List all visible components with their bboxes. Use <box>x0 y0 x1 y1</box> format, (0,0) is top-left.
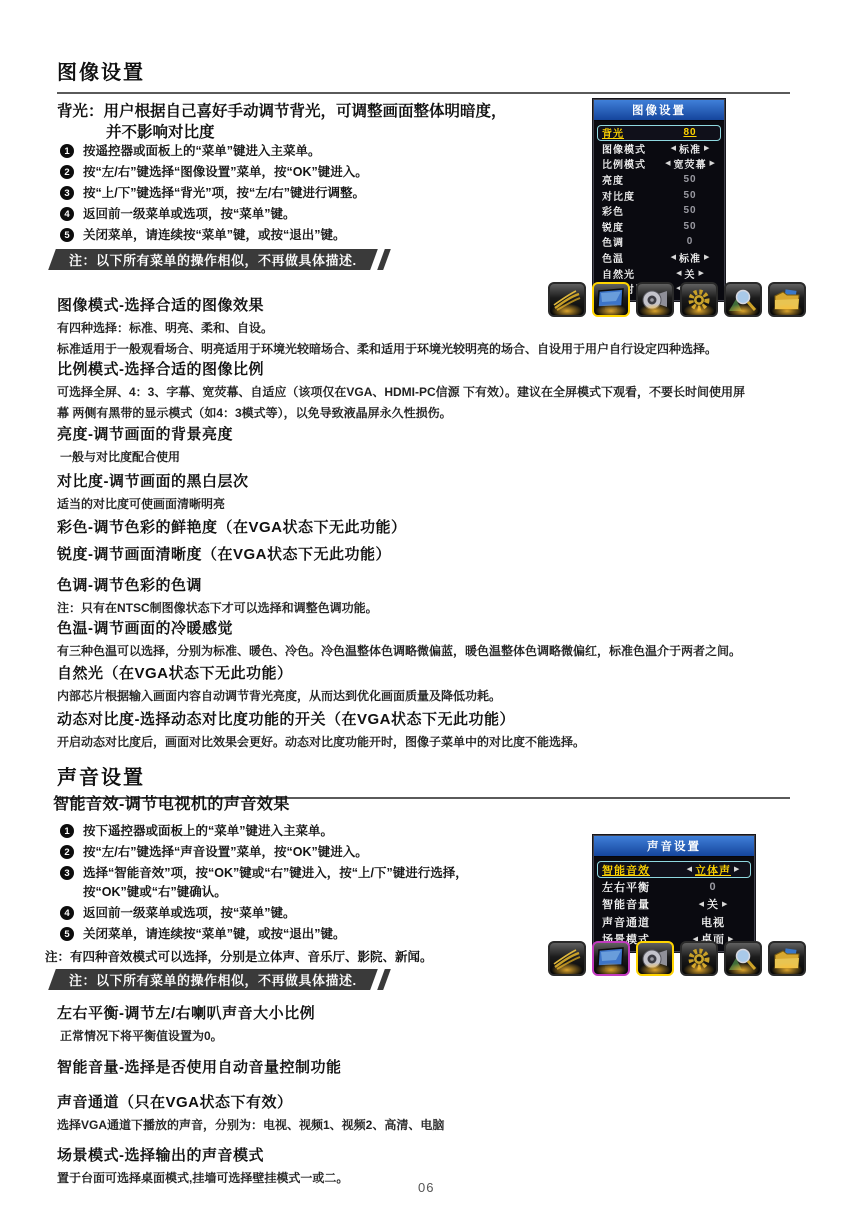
osd-row-smart-sound: 智能音效◀立体声▶ <box>597 861 751 878</box>
section-body: 注：只有在NTSC制图像状态下才可以选择和调整色调功能。 <box>57 601 378 616</box>
intro-line2: 并不影响对比度 <box>106 122 507 143</box>
section-heading: 彩色-调节色彩的鲜艳度（在VGA状态下无此功能） <box>57 516 407 537</box>
picture-steps: 1按遥控器或面板上的“菜单”键进入主菜单。 2按“左/右”键选择“图像设置”菜单… <box>60 144 368 243</box>
step-text-line2: 按“OK”键或“右”键确认。 <box>83 885 468 900</box>
manual-page: 图像设置 背光：用户根据自己喜好手动调节背光，可调整画面整体明暗度， 并不影响对… <box>0 0 852 1231</box>
arrow-left-icon: ◀ <box>676 270 681 277</box>
section-body: 一般与对比度配合使用 <box>60 450 233 465</box>
step-number-badge: 4 <box>60 906 74 920</box>
step-text-line1: 选择“智能音效”项，按“OK”键或“右”键进入，按“上/下”键进行选择， <box>83 866 468 881</box>
osd-row-smart-volume: 智能音量◀关▶ <box>597 896 751 913</box>
step-text: 按“左/右”键选择“声音设置”菜单，按“OK”键进入。 <box>83 845 368 860</box>
note-banner-text: 注：以下所有菜单的操作相似，不再做具体描述. <box>69 970 357 989</box>
section-balance: 左右平衡-调节左/右喇叭声音大小比例 正常情况下将平衡值设置为0。 <box>57 1002 315 1044</box>
section-hue: 色调-调节色彩的色调 注：只有在NTSC制图像状态下才可以选择和调整色调功能。 <box>57 574 378 616</box>
section-contrast: 对比度-调节画面的黑白层次 适当的对比度可使画面清晰明亮 <box>57 470 249 512</box>
section-heading: 对比度-调节画面的黑白层次 <box>57 470 249 491</box>
search-icon <box>724 282 762 317</box>
section-scene-mode: 场景模式-选择输出的声音模式 置于台面可选择桌面模式,挂墙可选择壁挂模式一或二。 <box>57 1144 348 1186</box>
section-smart-volume: 智能音量-选择是否使用自动音量控制功能 <box>57 1056 342 1077</box>
folder-icon <box>768 282 806 317</box>
step-text: 返回前一级菜单或选项，按“菜单”键。 <box>83 906 296 921</box>
section-heading: 锐度-调节画面清晰度（在VGA状态下无此功能） <box>57 543 391 564</box>
osd-row-sound-channel: 声音通道电视 <box>597 913 751 930</box>
osd-item-value: 50 <box>683 174 696 185</box>
osd-item-label: 智能音效 <box>598 862 676 878</box>
osd-item-value: 标准 <box>679 141 701 156</box>
step-number-badge: 1 <box>60 824 74 838</box>
step-number-badge: 3 <box>60 186 74 200</box>
osd-menu-title: 图像设置 <box>594 100 724 121</box>
tv-icon <box>592 941 630 976</box>
section-body: 内部芯片根据输入画面内容自动调节背光亮度，从而达到优化画面质量及降低功耗。 <box>57 689 501 704</box>
section-heading: 亮度-调节画面的背景亮度 <box>57 423 233 444</box>
section-heading: 动态对比度-选择动态对比度功能的开关（在VGA状态下无此功能） <box>57 708 585 729</box>
osd-menu-rows: 智能音效◀立体声▶ 左右平衡0 智能音量◀关▶ 声音通道电视 场景模式◀桌面▶ <box>594 857 754 951</box>
sound-modes-note: 注：有四种音效模式可以选择，分别是立体声、音乐厅、影院、新闻。 <box>45 947 433 965</box>
osd-row-color-temp: 色温◀标准▶ <box>597 250 721 266</box>
arrow-right-icon: ▶ <box>710 160 715 167</box>
osd-item-label: 对比度 <box>598 188 660 203</box>
osd-menu-title: 声音设置 <box>594 836 754 857</box>
step-text: 按“上/下”键选择“背光”项，按“左/右”键进行调整。 <box>83 186 365 201</box>
osd-row-color: 彩色50 <box>597 203 721 219</box>
osd-item-value: 宽荧幕 <box>674 156 707 171</box>
step-number-badge: 2 <box>60 845 74 859</box>
osd-row-balance: 左右平衡0 <box>597 878 751 895</box>
osd-item-value: 80 <box>683 127 696 138</box>
section-heading: 智能音量-选择是否使用自动音量控制功能 <box>57 1056 342 1077</box>
section-brightness: 亮度-调节画面的背景亮度 一般与对比度配合使用 <box>57 423 233 465</box>
step-text: 选择“智能音效”项，按“OK”键或“右”键进入，按“上/下”键进行选择，按“OK… <box>83 866 468 900</box>
intro-line1: 背光：用户根据自己喜好手动调节背光，可调整画面整体明暗度， <box>57 101 507 122</box>
osd-item-value: 50 <box>683 221 696 232</box>
step-number-badge: 4 <box>60 207 74 221</box>
osd-item-value: 关 <box>685 266 696 281</box>
step-4: 4返回前一级菜单或选项，按“菜单”键。 <box>60 906 468 921</box>
osd-item-label: 色温 <box>598 250 660 265</box>
section-aspect-mode: 比例模式-选择合适的图像比例 可选择全屏、4：3、字幕、宽荧幕、自适应（该项仅在… <box>57 358 745 421</box>
osd-menu-rows: 背光80 图像模式◀标准▶ 比例模式◀宽荧幕▶ 亮度50 对比度50 彩色50 … <box>594 121 724 300</box>
step-2: 2按“左/右”键选择“图像设置”菜单，按“OK”键进入。 <box>60 165 368 180</box>
step-text: 按下遥控器或面板上的“菜单”键进入主菜单。 <box>83 824 333 839</box>
step-1: 1按下遥控器或面板上的“菜单”键进入主菜单。 <box>60 824 468 839</box>
hand-icon <box>548 941 586 976</box>
step-1: 1按遥控器或面板上的“菜单”键进入主菜单。 <box>60 144 368 159</box>
section-heading: 自然光（在VGA状态下无此功能） <box>57 662 501 683</box>
step-number-badge: 5 <box>60 927 74 941</box>
section-dynamic-contrast: 动态对比度-选择动态对比度功能的开关（在VGA状态下无此功能） 开启动态对比度后… <box>57 708 585 750</box>
section-body: 开启动态对比度后，画面对比效果会更好。动态对比度功能开时，图像子菜单中的对比度不… <box>57 735 585 750</box>
section-heading: 图像模式-选择合适的图像效果 <box>57 294 717 315</box>
osd-item-value: 电视 <box>701 914 725 930</box>
section-body: 正常情况下将平衡值设置为0。 <box>60 1029 315 1044</box>
section-heading: 场景模式-选择输出的声音模式 <box>57 1144 348 1165</box>
arrow-right-icon: ▶ <box>699 270 704 277</box>
arrow-right-icon: ▶ <box>704 145 709 152</box>
osd-row-contrast: 对比度50 <box>597 187 721 203</box>
section-body: 幕 两侧有黑带的显示模式（如4：3模式等），以免导致液晶屏永久性损伤。 <box>57 406 745 421</box>
osd-row-sharpness: 锐度50 <box>597 219 721 235</box>
step-number-badge: 1 <box>60 144 74 158</box>
arrow-right-icon: ▶ <box>704 254 709 261</box>
osd-item-label: 比例模式 <box>598 156 660 171</box>
arrow-left-icon: ◀ <box>665 160 670 167</box>
section-sharpness: 锐度-调节画面清晰度（在VGA状态下无此功能） <box>57 543 391 564</box>
osd-sound-menu: 声音设置 智能音效◀立体声▶ 左右平衡0 智能音量◀关▶ 声音通道电视 场景模式… <box>593 835 755 952</box>
step-number-badge: 2 <box>60 165 74 179</box>
osd-picture-menu: 图像设置 背光80 图像模式◀标准▶ 比例模式◀宽荧幕▶ 亮度50 对比度50 … <box>593 99 725 301</box>
osd-item-label: 左右平衡 <box>598 879 676 895</box>
step-text: 关闭菜单，请连续按“菜单”键，或按“退出”键。 <box>83 228 346 243</box>
osd-item-label: 色调 <box>598 234 660 249</box>
note-banner: 注：以下所有菜单的操作相似，不再做具体描述. <box>48 249 377 270</box>
osd-item-label: 自然光 <box>598 266 660 281</box>
section-natural-light: 自然光（在VGA状态下无此功能） 内部芯片根据输入画面内容自动调节背光亮度，从而… <box>57 662 501 704</box>
speaker-icon <box>636 941 674 976</box>
section-body: 适当的对比度可使画面清晰明亮 <box>57 497 249 512</box>
arrow-left-icon: ◀ <box>699 901 704 908</box>
search-icon <box>724 941 762 976</box>
step-number-badge: 5 <box>60 228 74 242</box>
osd-item-label: 锐度 <box>598 219 660 234</box>
step-text: 返回前一级菜单或选项，按“菜单”键。 <box>83 207 296 222</box>
osd-row-aspect-mode: 比例模式◀宽荧幕▶ <box>597 156 721 172</box>
backlight-intro: 背光：用户根据自己喜好手动调节背光，可调整画面整体明暗度， 并不影响对比度 <box>57 101 507 143</box>
osd-item-value: 关 <box>707 896 719 912</box>
sound-steps: 1按下遥控器或面板上的“菜单”键进入主菜单。 2按“左/右”键选择“声音设置”菜… <box>60 824 468 942</box>
picture-settings-title: 图像设置 <box>57 56 790 94</box>
arrow-right-icon: ▶ <box>734 866 739 873</box>
smart-sound-subtitle: 智能音效-调节电视机的声音效果 <box>53 791 290 814</box>
step-text: 关闭菜单，请连续按“菜单”键，或按“退出”键。 <box>83 927 346 942</box>
osd-item-value: 50 <box>683 205 696 216</box>
section-picture-mode: 图像模式-选择合适的图像效果 有四种选择：标准、明亮、柔和、自设。 标准适用于一… <box>57 294 717 357</box>
osd-row-hue: 色调0 <box>597 234 721 250</box>
section-body: 有三种色温可以选择，分别为标准、暖色、冷色。冷色温整体色调略微偏蓝，暖色温整体色… <box>57 644 741 659</box>
step-text: 按遥控器或面板上的“菜单”键进入主菜单。 <box>83 144 321 159</box>
step-3: 3选择“智能音效”项，按“OK”键或“右”键进入，按“上/下”键进行选择，按“O… <box>60 866 468 900</box>
section-body: 可选择全屏、4：3、字幕、宽荧幕、自适应（该项仅在VGA、HDMI-PC信源 下… <box>57 385 745 400</box>
osd-item-value: 50 <box>683 190 696 201</box>
section-heading: 色调-调节色彩的色调 <box>57 574 378 595</box>
arrow-left-icon: ◀ <box>671 254 676 261</box>
section-body: 选择VGA通道下播放的声音，分别为：电视、视频1、视频2、高清、电脑 <box>57 1118 444 1133</box>
step-5: 5关闭菜单，请连续按“菜单”键，或按“退出”键。 <box>60 228 368 243</box>
osd-item-label: 智能音量 <box>598 896 676 912</box>
section-sound-channel: 声音通道（只在VGA状态下有效） 选择VGA通道下播放的声音，分别为：电视、视频… <box>57 1091 444 1133</box>
arrow-left-icon: ◀ <box>687 866 692 873</box>
osd-category-icons-sound <box>548 941 806 976</box>
arrow-left-icon: ◀ <box>671 145 676 152</box>
section-heading: 比例模式-选择合适的图像比例 <box>57 358 745 379</box>
section-heading: 声音通道（只在VGA状态下有效） <box>57 1091 444 1112</box>
section-heading: 色温-调节画面的冷暖感觉 <box>57 617 741 638</box>
section-body: 置于台面可选择桌面模式,挂墙可选择壁挂模式一或二。 <box>57 1171 348 1186</box>
step-2: 2按“左/右”键选择“声音设置”菜单，按“OK”键进入。 <box>60 845 468 860</box>
osd-row-backlight: 背光80 <box>597 125 721 141</box>
page-number: 06 <box>418 1180 434 1195</box>
note-banner-text: 注：以下所有菜单的操作相似，不再做具体描述. <box>69 250 357 269</box>
section-heading: 左右平衡-调节左/右喇叭声音大小比例 <box>57 1002 315 1023</box>
osd-row-natural-light: 自然光◀关▶ <box>597 265 721 281</box>
step-4: 4返回前一级菜单或选项，按“菜单”键。 <box>60 207 368 222</box>
osd-item-value: 0 <box>687 236 694 247</box>
folder-icon <box>768 941 806 976</box>
osd-item-label: 图像模式 <box>598 141 660 156</box>
osd-row-picture-mode: 图像模式◀标准▶ <box>597 141 721 157</box>
section-color-temp: 色温-调节画面的冷暖感觉 有三种色温可以选择，分别为标准、暖色、冷色。冷色温整体… <box>57 617 741 659</box>
step-3: 3按“上/下”键选择“背光”项，按“左/右”键进行调整。 <box>60 186 368 201</box>
section-body: 标准适用于一般观看场合、明亮适用于环境光较暗场合、柔和适用于环境光较明亮的场合、… <box>57 342 717 357</box>
osd-item-value: 立体声 <box>695 862 731 878</box>
step-text: 按“左/右”键选择“图像设置”菜单，按“OK”键进入。 <box>83 165 368 180</box>
osd-item-label: 亮度 <box>598 172 660 187</box>
arrow-right-icon: ▶ <box>722 901 727 908</box>
section-color: 彩色-调节色彩的鲜艳度（在VGA状态下无此功能） <box>57 516 407 537</box>
step-5: 5关闭菜单，请连续按“菜单”键，或按“退出”键。 <box>60 927 468 942</box>
section-body: 有四种选择：标准、明亮、柔和、自设。 <box>57 321 717 336</box>
osd-item-value: 标准 <box>679 250 701 265</box>
step-number-badge: 3 <box>60 866 74 880</box>
osd-item-label: 背光 <box>598 125 660 140</box>
osd-item-label: 声音通道 <box>598 914 676 930</box>
osd-item-value: 0 <box>709 881 716 893</box>
osd-item-label: 彩色 <box>598 203 660 218</box>
note-banner: 注：以下所有菜单的操作相似，不再做具体描述. <box>48 969 377 990</box>
gear-icon <box>680 941 718 976</box>
osd-row-brightness: 亮度50 <box>597 172 721 188</box>
